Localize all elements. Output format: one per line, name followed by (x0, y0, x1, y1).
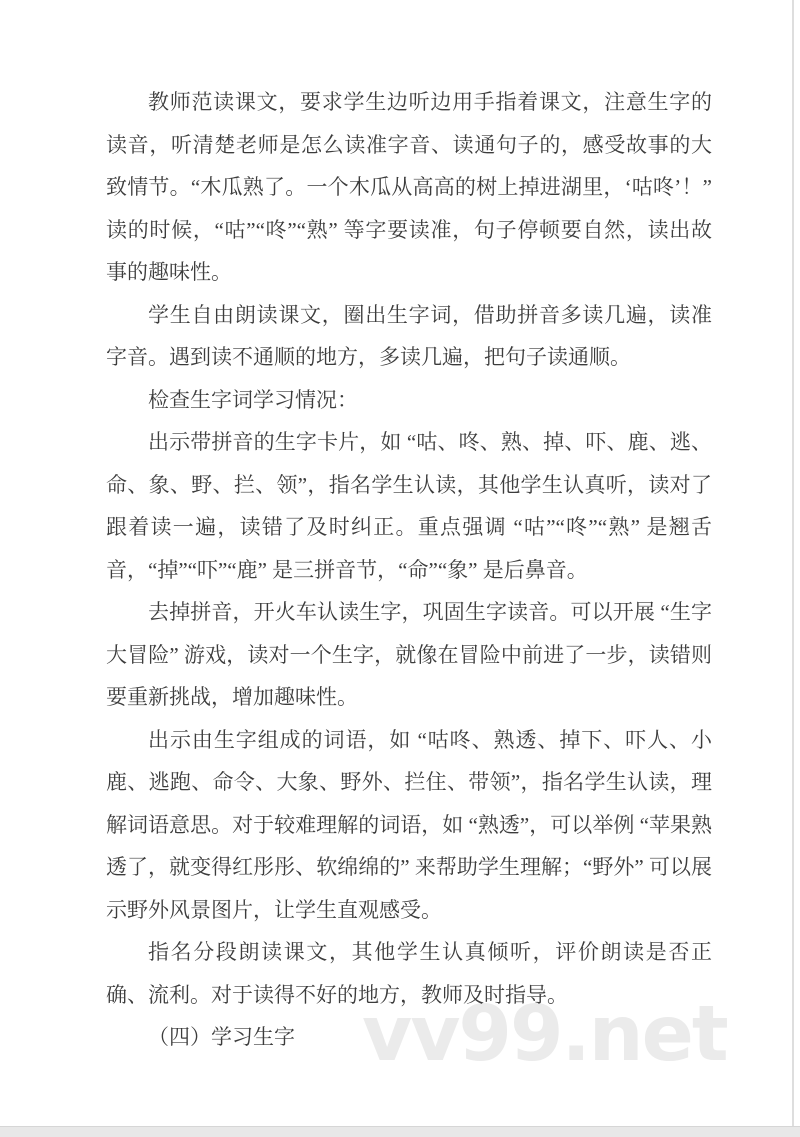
paragraph-teacher-model-reading: 教师范读课文，要求学生边听边用手指着课文，注意生字的读音，听清楚老师是怎么读准字… (106, 81, 712, 294)
page-right-edge (792, 0, 794, 1126)
paragraph-word-list: 出示由生字组成的词语，如 “咕咚、熟透、掉下、吓人、小鹿、逃跑、命令、大象、野外… (106, 719, 712, 932)
document-body: 教师范读课文，要求学生边听边用手指着课文，注意生字的读音，听清楚老师是怎么读准字… (106, 81, 712, 1059)
section-heading-learn-characters: （四）学习生字 (106, 1016, 712, 1059)
document-page: 教师范读课文，要求学生边听边用手指着课文，注意生字的读音，听清楚老师是怎么读准字… (0, 0, 800, 1137)
paragraph-train-reading-game: 去掉拼音，开火车认读生字，巩固生字读音。可以开展 “生字大冒险” 游戏，读对一个… (106, 591, 712, 719)
paragraph-check-vocabulary: 检查生字词学习情况： (106, 379, 712, 422)
paragraph-pinyin-flashcards: 出示带拼音的生字卡片，如 “咕、咚、熟、掉、吓、鹿、逃、命、象、野、拦、领”，指… (106, 421, 712, 591)
paragraph-section-reading-evaluation: 指名分段朗读课文，其他学生认真倾听，评价朗读是否正确、流利。对于读得不好的地方，… (106, 931, 712, 1016)
paragraph-student-free-reading: 学生自由朗读课文，圈出生字词，借助拼音多读几遍，读准字音。遇到读不通顺的地方，多… (106, 294, 712, 379)
background-bottom-strip (0, 1126, 800, 1137)
